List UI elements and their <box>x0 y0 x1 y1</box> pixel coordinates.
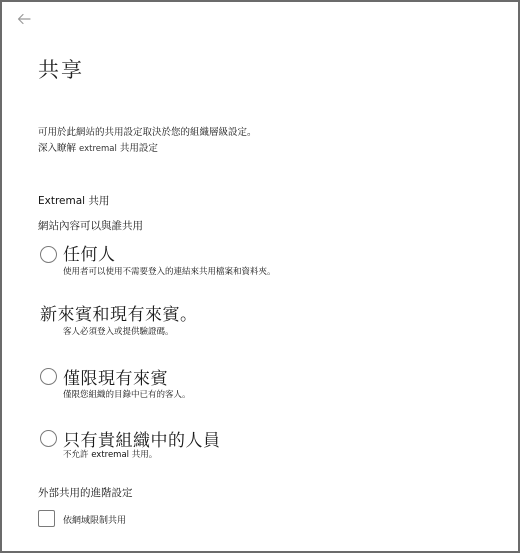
option-anyone-description: 使用者可以使用不需要登入的連結來共用檔案和資料夾。 <box>63 265 276 277</box>
option-new-and-existing-guests-label: 新來賓和現有來賓。 <box>40 300 198 325</box>
learn-more-line: 深入瞭解 extremal 共用設定 <box>38 140 158 154</box>
option-existing-guests-description: 僅限您組織的目錄中已有的客人。 <box>63 388 191 400</box>
share-with-whom-label: 網站內容可以與誰共用 <box>38 218 143 233</box>
page-title: 共享 <box>38 54 84 84</box>
option-only-organization-description: 不允許 extremal 共用。 <box>63 448 157 460</box>
radio-only-organization[interactable] <box>40 430 57 447</box>
learn-more-link[interactable]: extremal <box>79 144 117 154</box>
sharing-panel: 共享 可用於此網站的共用設定取決於您的組織層級設定。 深入瞭解 extremal… <box>0 0 520 553</box>
org-settings-description: 可用於此網站的共用設定取決於您的組織層級設定。 <box>38 124 257 138</box>
learn-more-prefix: 深入瞭解 <box>38 143 79 154</box>
option-anyone-label: 任何人 <box>63 240 116 265</box>
option-existing-guests-label: 僅限現有來賓 <box>63 364 168 389</box>
option-new-and-existing-guests-description: 客人必須登入或提供驗證碼。 <box>63 325 174 337</box>
radio-existing-guests[interactable] <box>40 368 57 385</box>
limit-by-domain-checkbox[interactable] <box>38 510 55 527</box>
limit-by-domain-label: 依網域限制共用 <box>63 513 126 526</box>
extremal-sharing-heading: Extremal 共用 <box>38 193 109 208</box>
learn-more-suffix: 共用設定 <box>117 143 158 154</box>
back-button[interactable] <box>16 11 32 27</box>
radio-anyone[interactable] <box>40 246 57 263</box>
advanced-settings-heading: 外部共用的進階設定 <box>38 485 133 500</box>
arrow-left-icon <box>16 11 32 27</box>
